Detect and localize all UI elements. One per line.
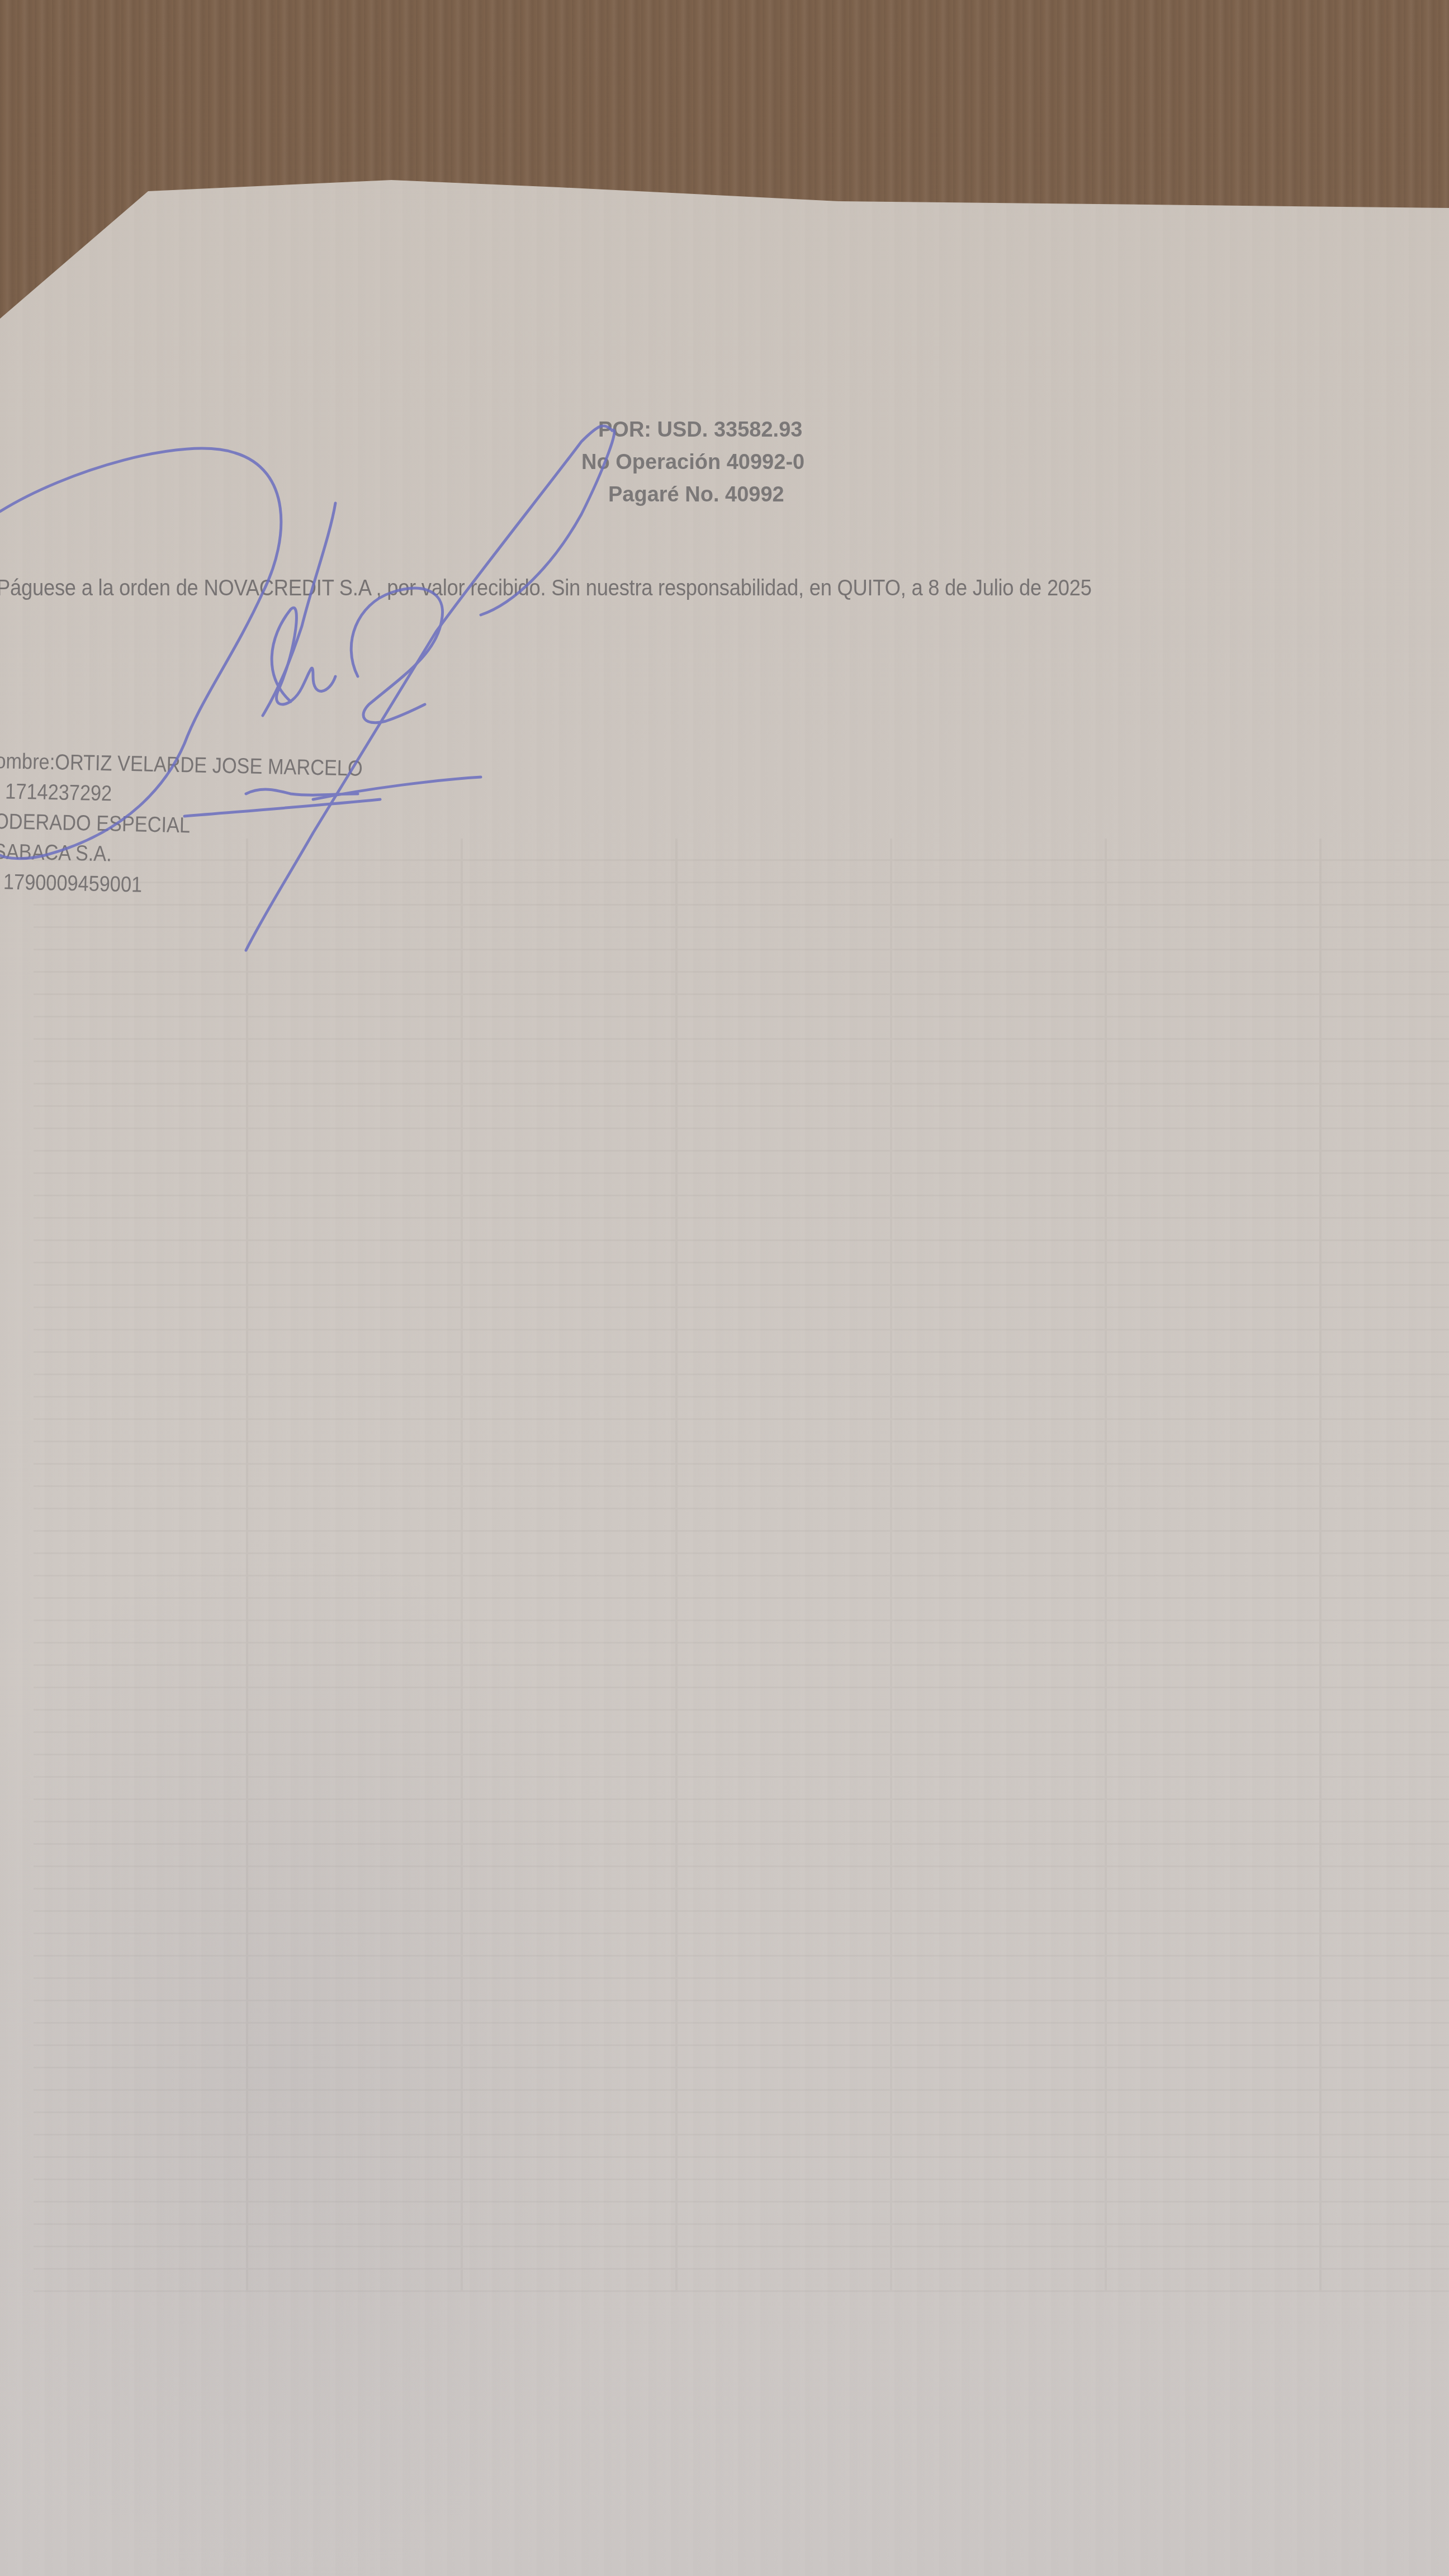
show-through-table-grid: [34, 839, 1449, 2292]
endorsement-text: Páguese a la orden de NOVACREDIT S.A , p…: [0, 576, 1092, 601]
paper-sheet: [0, 0, 1449, 2576]
note-number-line: Pagaré No. 40992: [581, 479, 894, 511]
signer-block: ombre:ORTIZ VELARDE JOSE MARCELO . 17142…: [0, 746, 363, 905]
promissory-note-header: POR: USD. 33582.93 No Operación 40992-0 …: [581, 414, 894, 511]
operation-number-line: No Operación 40992-0: [581, 446, 894, 479]
amount-line: POR: USD. 33582.93: [581, 414, 894, 446]
